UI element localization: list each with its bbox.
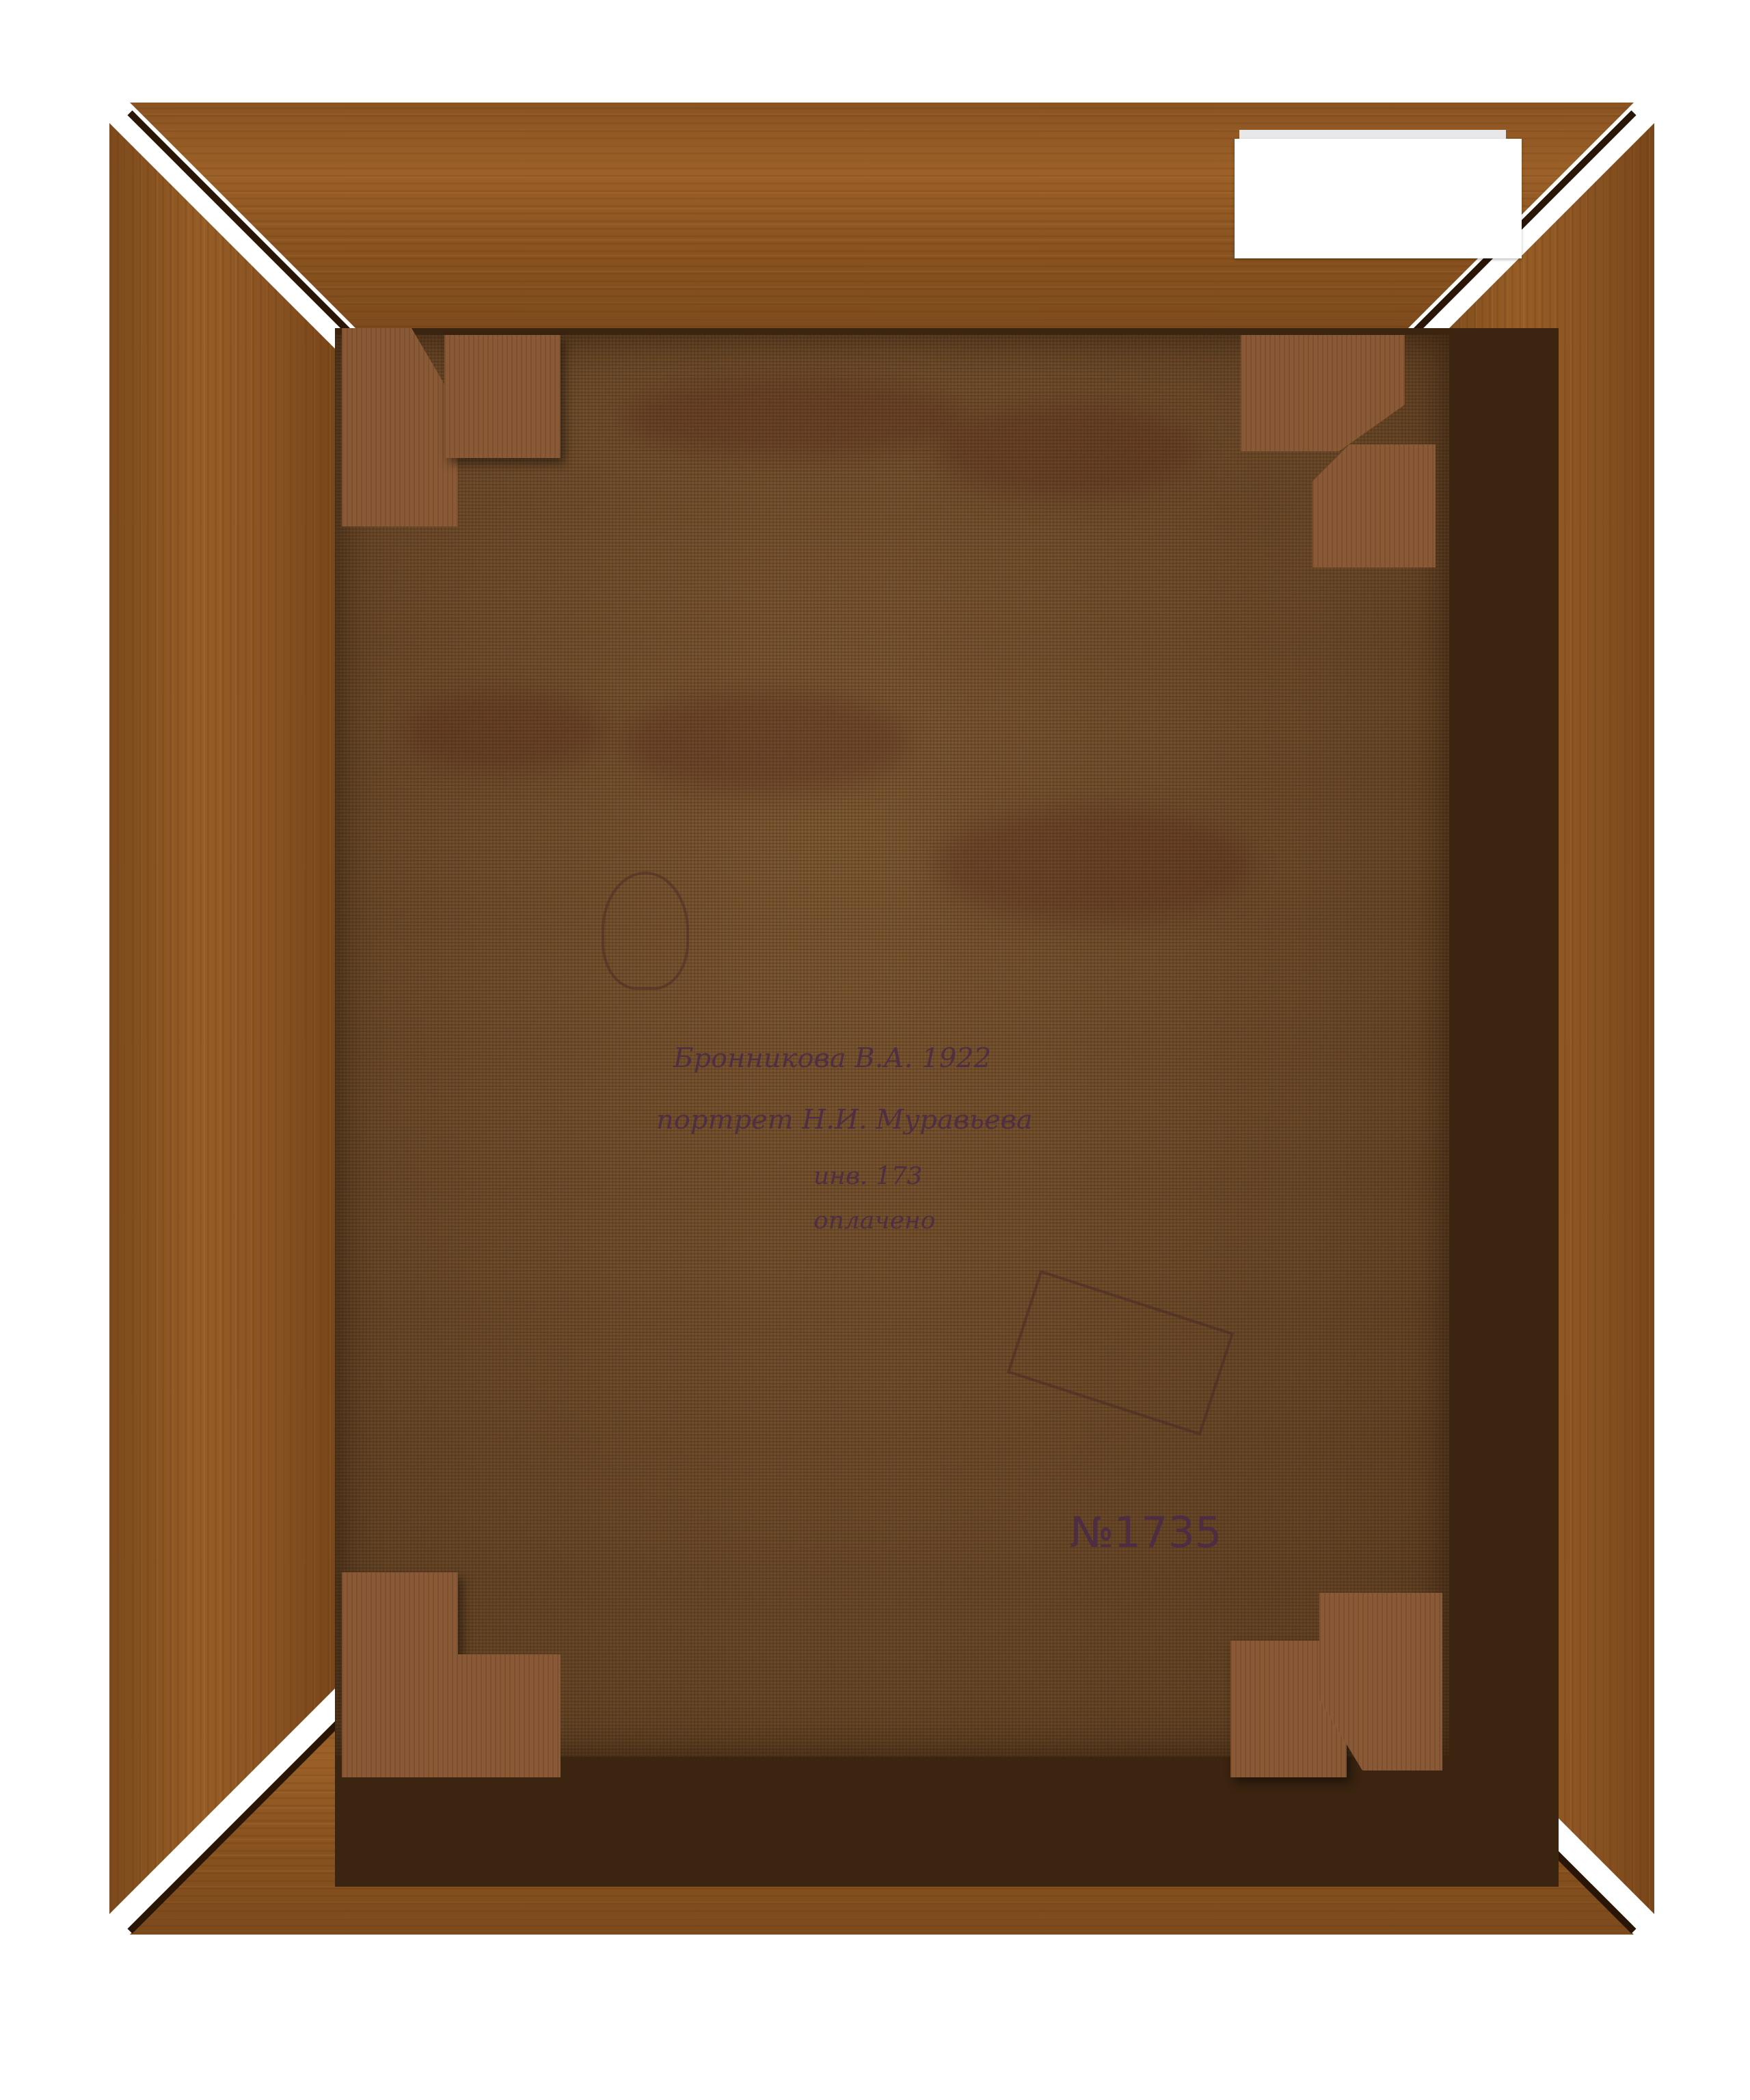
stain [403, 690, 608, 772]
corner-key-bottom-left-b [342, 1654, 561, 1777]
stain [622, 376, 964, 458]
inscription-inventory: инв. 173 [813, 1162, 922, 1190]
blank-label [1235, 139, 1522, 258]
oval-ink-mark [602, 872, 689, 990]
corner-key-top-left-b [444, 335, 561, 458]
stain [937, 403, 1196, 499]
inscription-title: портрет Н.И. Муравьева [656, 1104, 1033, 1135]
inscription-artist-date: Бронникова В.А. 1922 [673, 1042, 991, 1074]
inscription-note: оплачено [813, 1207, 935, 1235]
frame-rail-left [109, 123, 335, 1914]
stain [622, 690, 909, 793]
stain [937, 807, 1251, 923]
inventory-number: №1735 [1070, 1507, 1222, 1557]
corner-key-top-right-b [1312, 444, 1436, 567]
